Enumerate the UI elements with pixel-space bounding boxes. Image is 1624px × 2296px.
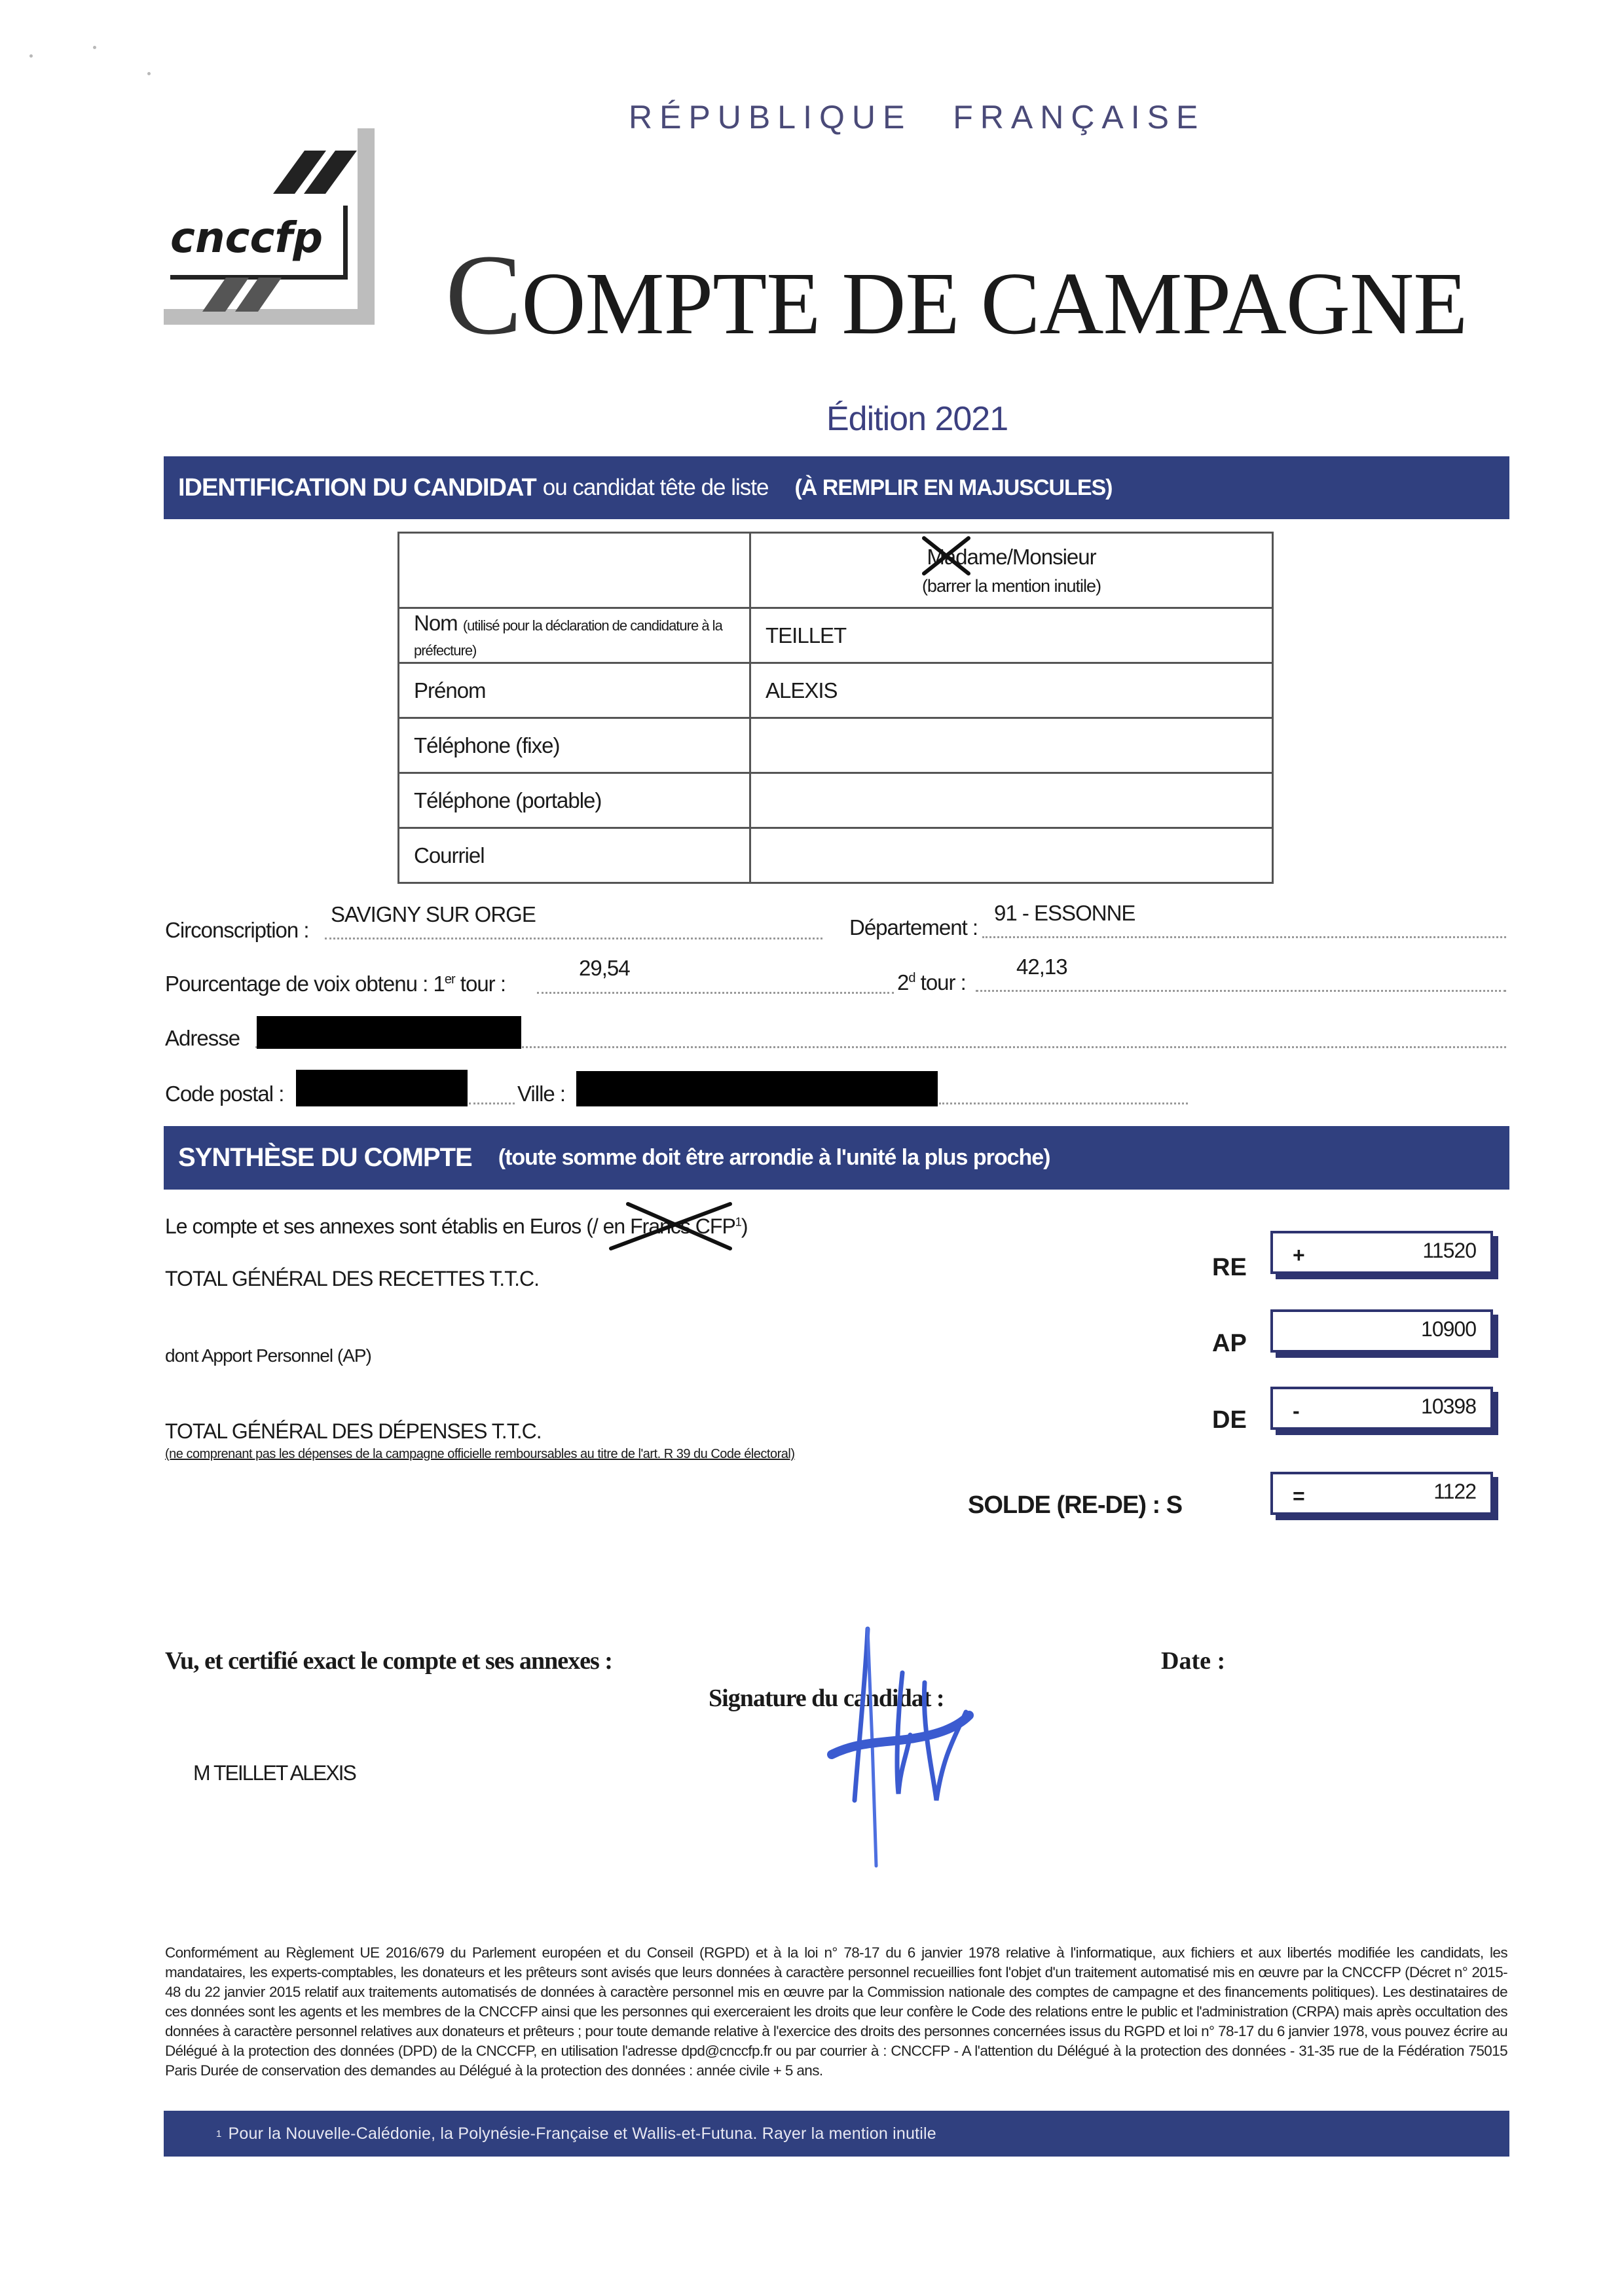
re-code: RE (1212, 1254, 1247, 1282)
tour2-dotted-line (976, 990, 1506, 992)
civility-kept-option: Monsieur (1012, 545, 1096, 569)
nom-label: Nom (utilisé pour la déclaration de cand… (399, 608, 750, 663)
apport-personnel-field[interactable]: 10900 (1270, 1309, 1493, 1353)
ville-label: Ville : (517, 1082, 565, 1106)
courriel-label: Courriel (399, 828, 750, 883)
circonscription-label: Circonscription : (165, 918, 309, 943)
telephone-fixe-field[interactable] (750, 718, 1273, 773)
pourcentage-label: Pourcentage de voix obtenu : 1er tour : (165, 972, 506, 996)
synthese-section-header: SYNTHÈSE DU COMPTE (toute somme doit êtr… (164, 1126, 1509, 1190)
scan-speck (147, 72, 151, 75)
handwritten-signature (819, 1624, 1094, 1886)
recettes-label: TOTAL GÉNÉRAL DES RECETTES T.T.C. (165, 1267, 539, 1291)
tour1-dotted-line (537, 992, 894, 994)
ap-code: AP (1212, 1330, 1247, 1358)
equals-sign: = (1293, 1484, 1305, 1508)
code-postal-dotted-line (469, 1102, 515, 1104)
depenses-total-field[interactable]: - 10398 (1270, 1387, 1493, 1430)
solde-field[interactable]: = 1122 (1270, 1472, 1493, 1515)
currency-statement: Le compte et ses annexes sont établis en… (165, 1214, 747, 1239)
departement-dotted-line (982, 936, 1506, 938)
tour2-field[interactable]: 42,13 (1016, 955, 1067, 979)
svg-text:cnccfp: cnccfp (170, 214, 323, 263)
footnote-bar: 1Pour la Nouvelle-Calédonie, la Polynési… (164, 2111, 1509, 2157)
adresse-label: Adresse (165, 1026, 240, 1051)
apport-label: dont Apport Personnel (AP) (165, 1345, 371, 1366)
departement-label: Département : (849, 915, 978, 940)
nom-field[interactable]: TEILLET (750, 608, 1273, 663)
scan-speck (29, 54, 33, 58)
civility-cell[interactable]: Madame/Monsieur (barrer la mention inuti… (750, 533, 1273, 608)
de-code: DE (1212, 1406, 1247, 1434)
civility-hint: (barrer la mention inutile) (766, 576, 1257, 596)
telephone-portable-label: Téléphone (portable) (399, 773, 750, 828)
telephone-portable-field[interactable] (750, 773, 1273, 828)
prenom-field[interactable]: ALEXIS (750, 663, 1273, 718)
cross-out-mark-icon (608, 1200, 733, 1252)
minus-sign: - (1293, 1399, 1300, 1423)
code-postal-label: Code postal : (165, 1082, 284, 1106)
edition-label: Édition 2021 (826, 399, 1008, 439)
depenses-label: TOTAL GÉNÉRAL DES DÉPENSES T.T.C. (165, 1419, 542, 1444)
plus-sign: + (1293, 1243, 1305, 1267)
adresse-redaction (257, 1016, 521, 1049)
identification-section-header: IDENTIFICATION DU CANDIDAT ou candidat t… (164, 456, 1509, 519)
tour2-label: 2d tour : (897, 970, 966, 995)
candidate-identification-table: Madame/Monsieur (barrer la mention inuti… (397, 532, 1274, 884)
circonscription-dotted-line (325, 938, 822, 939)
departement-field[interactable]: 91 - ESSONNE (994, 901, 1135, 926)
rgpd-legal-notice: Conformément au Règlement UE 2016/679 du… (165, 1943, 1507, 2081)
courriel-field[interactable] (750, 828, 1273, 883)
code-postal-redaction (296, 1070, 468, 1106)
page-title: COMPTE DE CAMPAGNE (445, 229, 1467, 361)
cross-out-mark-icon (921, 536, 1013, 576)
ville-dotted-line (939, 1102, 1188, 1104)
signer-name: M TEILLET ALEXIS (193, 1761, 356, 1785)
footnote-text: Pour la Nouvelle-Calédonie, la Polynésie… (229, 2124, 936, 2143)
scan-speck (93, 46, 96, 49)
solde-label: SOLDE (RE-DE) : S (968, 1491, 1182, 1520)
ville-redaction (576, 1071, 938, 1106)
certification-label: Vu, et certifié exact le compte et ses a… (165, 1647, 612, 1675)
republique-francaise-heading: RÉPUBLIQUE FRANÇAISE (629, 98, 1205, 136)
tour1-field[interactable]: 29,54 (579, 956, 630, 981)
currency-struck-option: en Francs CFP (603, 1214, 735, 1239)
depenses-note: (ne comprenant pas les dépenses de la ca… (165, 1447, 794, 1462)
circonscription-field[interactable]: SAVIGNY SUR ORGE (331, 902, 536, 927)
cnccfp-logo: cnccfp (164, 124, 390, 327)
civility-blank-cell (399, 533, 750, 608)
prenom-label: Prénom (399, 663, 750, 718)
recettes-total-field[interactable]: + 11520 (1270, 1231, 1493, 1274)
date-label: Date : (1161, 1647, 1225, 1675)
telephone-fixe-label: Téléphone (fixe) (399, 718, 750, 773)
